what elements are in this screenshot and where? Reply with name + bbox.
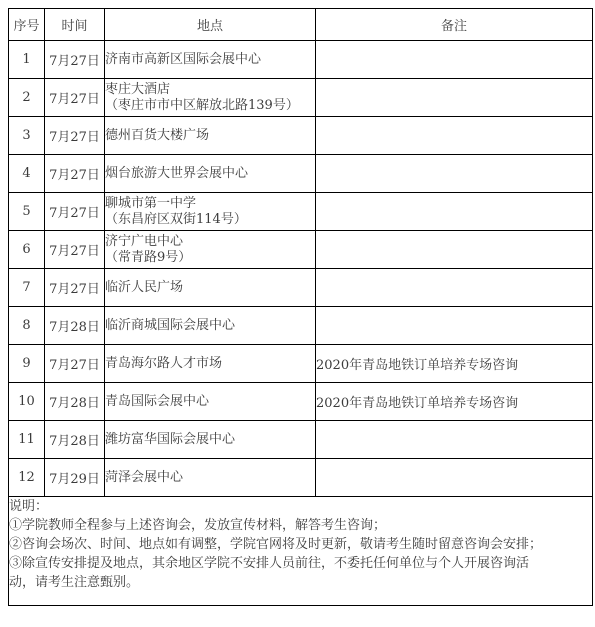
cell-no: 2 <box>9 79 45 117</box>
place-line: （枣庄市市中区解放北路139号） <box>105 98 315 114</box>
place-line: （东昌府区双街114号） <box>105 212 315 228</box>
place-line: （常青路9号） <box>105 250 315 266</box>
cell-time: 7月27日 <box>45 155 105 193</box>
place-line: 临沂商城国际会展中心 <box>105 318 315 334</box>
cell-note <box>316 231 593 269</box>
cell-no: 10 <box>9 383 45 421</box>
cell-note <box>316 155 593 193</box>
cell-time: 7月27日 <box>45 117 105 155</box>
notes-row: 说明： ①学院教师全程参与上述咨询会，发放宣传材料，解答考生咨询； ②咨询会场次… <box>9 497 593 606</box>
place-line: 聊城市第一中学 <box>105 196 315 212</box>
table-row: 7 7月27日 临沂人民广场 <box>9 269 593 307</box>
cell-no: 7 <box>9 269 45 307</box>
cell-time: 7月27日 <box>45 345 105 383</box>
cell-note <box>316 193 593 231</box>
cell-note <box>316 421 593 459</box>
cell-time: 7月28日 <box>45 307 105 345</box>
cell-place: 青岛国际会展中心 <box>105 383 316 421</box>
cell-no: 6 <box>9 231 45 269</box>
cell-place: 济宁广电中心（常青路9号） <box>105 231 316 269</box>
cell-place: 济南市高新区国际会展中心 <box>105 41 316 79</box>
cell-note <box>316 117 593 155</box>
cell-place: 菏泽会展中心 <box>105 459 316 497</box>
cell-place: 枣庄大酒店（枣庄市市中区解放北路139号） <box>105 79 316 117</box>
place-line: 菏泽会展中心 <box>105 470 315 486</box>
cell-time: 7月28日 <box>45 421 105 459</box>
place-line: 烟台旅游大世界会展中心 <box>105 166 315 182</box>
place-line: 枣庄大酒店 <box>105 82 315 98</box>
consultation-schedule-table: 序号 时间 地点 备注 1 7月27日 济南市高新区国际会展中心 2 7月27日… <box>8 8 593 606</box>
table-row: 8 7月28日 临沂商城国际会展中心 <box>9 307 593 345</box>
cell-note <box>316 269 593 307</box>
cell-no: 4 <box>9 155 45 193</box>
cell-no: 1 <box>9 41 45 79</box>
cell-place: 青岛海尔路人才市场 <box>105 345 316 383</box>
cell-place: 临沂商城国际会展中心 <box>105 307 316 345</box>
cell-no: 8 <box>9 307 45 345</box>
page: 序号 时间 地点 备注 1 7月27日 济南市高新区国际会展中心 2 7月27日… <box>0 0 595 627</box>
cell-no: 3 <box>9 117 45 155</box>
place-line: 潍坊富华国际会展中心 <box>105 432 315 448</box>
place-line: 济南市高新区国际会展中心 <box>105 52 315 68</box>
cell-no: 9 <box>9 345 45 383</box>
cell-note: 2020年青岛地铁订单培养专场咨询 <box>316 345 593 383</box>
cell-no: 12 <box>9 459 45 497</box>
cell-place: 聊城市第一中学（东昌府区双街114号） <box>105 193 316 231</box>
cell-no: 5 <box>9 193 45 231</box>
table-row: 12 7月29日 菏泽会展中心 <box>9 459 593 497</box>
table-row: 11 7月28日 潍坊富华国际会展中心 <box>9 421 593 459</box>
cell-time: 7月27日 <box>45 79 105 117</box>
cell-no: 11 <box>9 421 45 459</box>
place-line: 青岛海尔路人才市场 <box>105 356 315 372</box>
cell-time: 7月27日 <box>45 231 105 269</box>
table-row: 3 7月27日 德州百货大楼广场 <box>9 117 593 155</box>
col-header-note: 备注 <box>316 9 593 41</box>
table-row: 1 7月27日 济南市高新区国际会展中心 <box>9 41 593 79</box>
notes-cell: 说明： ①学院教师全程参与上述咨询会，发放宣传材料，解答考生咨询； ②咨询会场次… <box>9 497 593 606</box>
place-line: 临沂人民广场 <box>105 280 315 296</box>
table-row: 4 7月27日 烟台旅游大世界会展中心 <box>9 155 593 193</box>
table-row: 2 7月27日 枣庄大酒店（枣庄市市中区解放北路139号） <box>9 79 593 117</box>
cell-note <box>316 307 593 345</box>
table-row: 10 7月28日 青岛国际会展中心 2020年青岛地铁订单培养专场咨询 <box>9 383 593 421</box>
table-row: 9 7月27日 青岛海尔路人才市场 2020年青岛地铁订单培养专场咨询 <box>9 345 593 383</box>
table-row: 5 7月27日 聊城市第一中学（东昌府区双街114号） <box>9 193 593 231</box>
note-line-3: ③除宣传安排提及地点，其余地区学院不安排人员前往，不委托任何单位与个人开展咨询活… <box>9 554 547 592</box>
col-header-no: 序号 <box>9 9 45 41</box>
cell-note: 2020年青岛地铁订单培养专场咨询 <box>316 383 593 421</box>
header-row: 序号 时间 地点 备注 <box>9 9 593 41</box>
cell-place: 德州百货大楼广场 <box>105 117 316 155</box>
cell-place: 烟台旅游大世界会展中心 <box>105 155 316 193</box>
cell-place: 潍坊富华国际会展中心 <box>105 421 316 459</box>
cell-note <box>316 459 593 497</box>
cell-note <box>316 79 593 117</box>
place-line: 德州百货大楼广场 <box>105 128 315 144</box>
cell-time: 7月28日 <box>45 383 105 421</box>
notes-title: 说明： <box>9 497 547 516</box>
cell-time: 7月27日 <box>45 193 105 231</box>
col-header-place: 地点 <box>105 9 316 41</box>
cell-time: 7月29日 <box>45 459 105 497</box>
col-header-time: 时间 <box>45 9 105 41</box>
cell-place: 临沂人民广场 <box>105 269 316 307</box>
cell-time: 7月27日 <box>45 269 105 307</box>
cell-time: 7月27日 <box>45 41 105 79</box>
place-line: 青岛国际会展中心 <box>105 394 315 410</box>
note-line-2: ②咨询会场次、时间、地点如有调整，学院官网将及时更新，敬请考生随时留意咨询会安排… <box>9 535 547 554</box>
place-line: 济宁广电中心 <box>105 234 315 250</box>
note-line-1: ①学院教师全程参与上述咨询会，发放宣传材料，解答考生咨询； <box>9 516 547 535</box>
table-body: 1 7月27日 济南市高新区国际会展中心 2 7月27日 枣庄大酒店（枣庄市市中… <box>9 41 593 497</box>
table-row: 6 7月27日 济宁广电中心（常青路9号） <box>9 231 593 269</box>
cell-note <box>316 41 593 79</box>
